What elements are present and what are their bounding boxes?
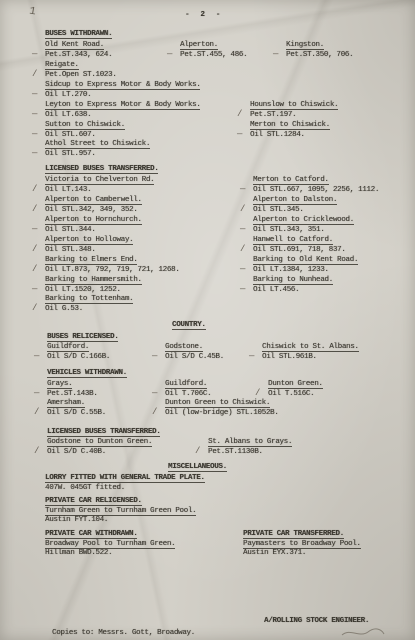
copies-line: Copies to: Messrs. Gott, Broadway. [52, 629, 195, 639]
route-title: Barking to Old Kent Road. [253, 256, 358, 266]
pen-tick: / [32, 245, 37, 255]
fleet-numbers: /Oil S/D C.55B. [47, 409, 106, 419]
route-title: Dunton Green. [268, 380, 323, 390]
pen-tick: — [32, 50, 37, 60]
route-title: Barking to Nunhead. [253, 276, 333, 286]
pen-tick: — [32, 110, 37, 120]
record: St. Albans to Grays. /Pet.ST.1130B. [208, 438, 292, 457]
section-heading-vehicles-withdrawn: VEHICLES WITHDRAWN. [47, 369, 127, 379]
route-title: Alperton to Cricklewood. [253, 216, 354, 226]
record: Merton to Chiswick. —Oil STL.1284. [250, 121, 330, 140]
record: Chiswick to St. Albans. —Oil STL.961B. [262, 343, 359, 362]
pen-tick: / [34, 447, 39, 457]
document-page: 1 - 2 - BUSES WITHDRAWN. Old Kent Road. … [0, 0, 415, 640]
fleet-numbers: /Oil STL.342, 349, 352. [45, 206, 142, 216]
record: Merton to Catford. —Oil STL.667, 1095, 2… [253, 176, 379, 195]
record: Hounslow to Chiswick. /Pet.ST.197. [250, 101, 338, 120]
pen-tick: — [249, 352, 254, 362]
record: Sutton to Chiswick. —Oil STL.607. [45, 121, 125, 140]
record: Alperton to Holloway. /Oil STL.348. [45, 236, 133, 255]
record: Amersham. /Oil S/D C.55B. [47, 399, 106, 418]
pen-tick: / [34, 408, 39, 418]
route-title: Barking to Hammersmith. [45, 276, 142, 286]
route-title: Alperton to Camberwell. [45, 196, 142, 206]
route-title: Victoria to Chelverton Rd. [45, 176, 154, 186]
pen-tick: — [34, 352, 39, 362]
record: Alperton to Camberwell. /Oil STL.342, 34… [45, 196, 142, 215]
pen-tick: — [32, 225, 37, 235]
route-title: Alperton to Holloway. [45, 236, 133, 246]
section-heading-miscellaneous: MISCELLANEOUS. [168, 463, 227, 473]
pen-tick: — [240, 285, 245, 295]
record: Hanwell to Catford. /Oil STL.691, 718, 8… [253, 236, 345, 255]
route-title: Godstone to Dunton Green. [47, 438, 152, 448]
section-heading-buses-withdrawn: BUSES WITHDRAWN. [45, 30, 112, 40]
fleet-numbers: —Oil STL.344. [45, 226, 142, 236]
pen-tick: — [240, 185, 245, 195]
record: Godstone. —Oil S/D C.45B. [165, 343, 224, 362]
fleet-numbers: —Oil LT.270. [45, 91, 200, 101]
route-title: Barking to Elmers End. [45, 256, 179, 266]
fleet-numbers: /Oil STL.691, 718, 837. [253, 246, 345, 256]
record: Barking to Old Kent Road. —Oil LT.1384, … [253, 256, 358, 275]
fleet-numbers: /Pet.ST.197. [250, 111, 338, 121]
pen-tick: — [32, 285, 37, 295]
fleet-numbers: /Oil STL.348. [45, 246, 133, 256]
fleet-numbers: —Pet.ST.343, 624. [45, 51, 112, 61]
route-title: Sidcup to Express Motor & Body Works. [45, 81, 200, 91]
pen-tick: — [152, 352, 157, 362]
fleet-numbers: /Oil (low-bridge) STL.1052B. [165, 409, 278, 419]
pen-tick: — [32, 90, 37, 100]
pen-tick: / [255, 389, 260, 399]
route-title: Barking to Tottenham. [45, 295, 133, 305]
record: Sidcup to Express Motor & Body Works. —O… [45, 81, 200, 100]
fleet-numbers: —Pet.ST.455, 486. [180, 51, 247, 61]
route-title: Alperton. [180, 41, 247, 51]
fleet-numbers: /Pet.Open ST.1023. [45, 71, 116, 81]
fleet-numbers: /Oil STL.345. [253, 206, 337, 216]
pen-tick: — [273, 50, 278, 60]
record: Barking to Nunhead. —Oil LT.456. [253, 276, 333, 295]
page-number: - 2 - [185, 11, 220, 21]
pen-tick: — [167, 50, 172, 60]
pen-tick: — [240, 265, 245, 275]
record: Alperton to Dalston. /Oil STL.345. [253, 196, 337, 215]
fleet-numbers: —Oil S/D C.45B. [165, 353, 224, 363]
pen-tick: / [32, 304, 37, 314]
record: Grays. —Pet.ST.143B. [47, 380, 97, 399]
record: Alperton. —Pet.ST.455, 486. [180, 41, 247, 60]
fleet-numbers: /Oil LT.143. [45, 186, 154, 196]
pen-tick: / [32, 265, 37, 275]
section-heading-licensed-transferred: LICENSED BUSES TRANSFERRED. [45, 165, 158, 175]
record: Victoria to Chelverton Rd. /Oil LT.143. [45, 176, 154, 195]
record: Dunton Green. /Oil T.516C. [268, 380, 323, 399]
pen-tick: / [240, 245, 245, 255]
record: Reigate. /Pet.Open ST.1023. [45, 61, 116, 80]
car-transferred-vehicle: Austin EYX.371. [243, 549, 306, 559]
section-heading-country: COUNTRY. [172, 321, 206, 331]
record: Alperton to Hornchurch. —Oil STL.344. [45, 216, 142, 235]
fleet-numbers: —Oil LT.1384, 1233. [253, 266, 358, 276]
record: Barking to Elmers End. /Oil LT.873, 792,… [45, 256, 179, 275]
route-title: Amersham. [47, 399, 106, 409]
route-title: Chiswick to St. Albans. [262, 343, 359, 353]
fleet-numbers: —Oil S/D C.166B. [47, 353, 110, 363]
fleet-numbers: —Oil T.706C. [165, 390, 211, 400]
record: Guildford. —Oil T.706C. [165, 380, 211, 399]
record: Kingston. —Pet.ST.350, 706. [286, 41, 353, 60]
route-title: Guildford. [165, 380, 211, 390]
route-title: Merton to Chiswick. [250, 121, 330, 131]
fleet-numbers: —Oil STL.607. [45, 131, 125, 141]
record: Godstone to Dunton Green. /Oil S/D C.40B… [47, 438, 152, 457]
route-title: Alperton to Hornchurch. [45, 216, 142, 226]
subheading-lorry-trade-plate: LORRY FITTED WITH GENERAL TRADE PLATE. [45, 474, 205, 484]
fleet-numbers: —Oil STL.343, 351. [253, 226, 354, 236]
route-title: Hanwell to Catford. [253, 236, 345, 246]
lorry-trade-plate-line: 407W. 045GT fitted. [45, 484, 125, 494]
record: Old Kent Road. —Pet.ST.343, 624. [45, 41, 112, 60]
pen-tick: — [32, 149, 37, 159]
subheading-private-car-transferred: PRIVATE CAR TRANSFERRED. [243, 530, 344, 540]
pen-scribble-icon [340, 626, 386, 639]
pen-tick: — [237, 130, 242, 140]
record: Barking to Hammersmith. —Oil LT.1520, 12… [45, 276, 142, 295]
route-title: Old Kent Road. [45, 41, 112, 51]
route-title: Dunton Green to Chiswick. [165, 399, 278, 409]
fleet-numbers: —Oil LT.1520, 1252. [45, 286, 142, 296]
car-withdrawn-vehicle: Hillman BWD.522. [45, 549, 112, 559]
record: Dunton Green to Chiswick. /Oil (low-brid… [165, 399, 278, 418]
pen-tick: / [32, 70, 37, 80]
record: Alperton to Cricklewood. —Oil STL.343, 3… [253, 216, 354, 235]
fleet-numbers: /Oil LT.873, 792, 719, 721, 1268. [45, 266, 179, 276]
route-title: Guildford. [47, 343, 110, 353]
route-title: Kingston. [286, 41, 353, 51]
route-title: Grays. [47, 380, 97, 390]
record: Barking to Tottenham. /Oil G.53. [45, 295, 133, 314]
pen-tick: / [195, 447, 200, 457]
fleet-numbers: —Oil LT.456. [253, 286, 333, 296]
record: Athol Street to Chiswick. —Oil STL.957. [45, 140, 150, 159]
section-heading-buses-relicensed: BUSES RELICENSED. [47, 333, 118, 343]
route-title: Leyton to Express Motor & Body Works. [45, 101, 200, 111]
subheading-private-car-relicensed: PRIVATE CAR RELICENSED. [45, 497, 142, 507]
record: Leyton to Express Motor & Body Works. —O… [45, 101, 200, 120]
fleet-numbers: —Oil LT.638. [45, 111, 200, 121]
fleet-numbers: —Oil STL.1284. [250, 131, 330, 141]
route-title: St. Albans to Grays. [208, 438, 292, 448]
subheading-private-car-withdrawn: PRIVATE CAR WITHDRAWN. [45, 530, 137, 540]
pen-tick: / [240, 205, 245, 215]
fleet-numbers: —Pet.ST.143B. [47, 390, 97, 400]
fleet-numbers: —Oil STL.667, 1095, 2256, 1112. [253, 186, 379, 196]
route-title: Hounslow to Chiswick. [250, 101, 338, 111]
fleet-numbers: /Pet.ST.1130B. [208, 448, 292, 458]
fleet-numbers: /Oil G.53. [45, 305, 133, 315]
route-title: Reigate. [45, 61, 116, 71]
fleet-numbers: —Oil STL.961B. [262, 353, 359, 363]
fleet-numbers: /Oil S/D C.40B. [47, 448, 152, 458]
route-title: Sutton to Chiswick. [45, 121, 125, 131]
fleet-numbers: —Oil STL.957. [45, 150, 150, 160]
route-title: Athol Street to Chiswick. [45, 140, 150, 150]
pen-tick: — [152, 389, 157, 399]
section-heading-licensed-transferred-country: LICENSED BUSES TRANSFERRED. [47, 428, 160, 438]
pen-tick: / [152, 408, 157, 418]
pen-mark: 1 [28, 8, 36, 18]
fleet-numbers: /Oil T.516C. [268, 390, 323, 400]
pen-tick: / [32, 205, 37, 215]
fleet-numbers: —Pet.ST.350, 706. [286, 51, 353, 61]
route-title: Merton to Catford. [253, 176, 379, 186]
record: Guildford. —Oil S/D C.166B. [47, 343, 110, 362]
route-title: Godstone. [165, 343, 224, 353]
pen-tick: / [32, 185, 37, 195]
route-title: Alperton to Dalston. [253, 196, 337, 206]
pen-tick: — [34, 389, 39, 399]
pen-tick: — [240, 225, 245, 235]
car-relicensed-vehicle: Austin FYT.104. [45, 516, 108, 526]
pen-tick: — [32, 130, 37, 140]
pen-tick: / [237, 110, 242, 120]
